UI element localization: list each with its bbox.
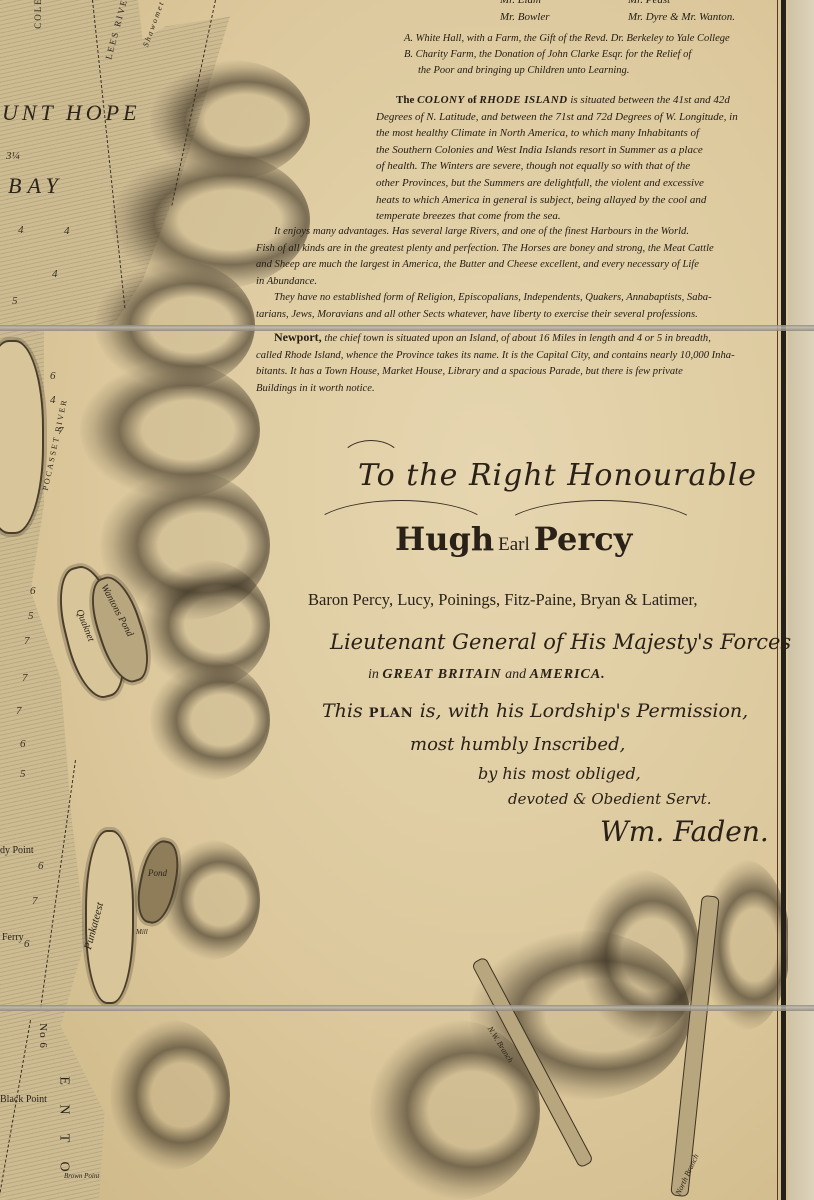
legend-names-row1: Mr. Elam Mr. Peast (500, 0, 780, 9)
advantages-line: and Sheep are much the largest in Americ… (256, 257, 786, 274)
newport-line: bitants. It has a Town House, Market Hou… (256, 364, 786, 381)
america: AMERICA. (530, 667, 606, 682)
name-earl: Earl (498, 534, 530, 555)
dedication-devoted: devoted & Obedient Servt. (508, 790, 711, 808)
sheet-edge (788, 0, 814, 1200)
colony-p1-rest: is situated between the 41st and 42d (570, 94, 729, 106)
word-and: and (505, 667, 526, 682)
sounding: 6 (20, 738, 26, 750)
advantages-line: in Abundance. (256, 274, 786, 291)
colony-line: the Southern Colonies and West India Isl… (376, 142, 776, 159)
dedication-plan: This PLAN is, with his Lordship's Permis… (322, 700, 748, 722)
label-mount-hope: UNT HOPE (2, 100, 141, 126)
dedication-titles: Baron Percy, Lucy, Poinings, Fitz-Paine,… (308, 590, 697, 610)
sounding: 4 (50, 394, 56, 406)
fold-line-upper (0, 325, 814, 331)
label-cole: COLE (33, 0, 43, 29)
outer-border-line (781, 0, 786, 1200)
colony-heading-line: The COLONY of RHODE ISLAND is situated b… (376, 92, 776, 109)
religion-line: tarians, Jews, Moravians and all other S… (256, 307, 786, 324)
newport-line: called Rhode Island, whence the Province… (256, 348, 786, 365)
label-mill: Mill (136, 928, 148, 936)
colony-description: The COLONY of RHODE ISLAND is situated b… (376, 92, 776, 225)
legend-note-b: B. Charity Farm, the Donation of John Cl… (404, 47, 784, 64)
advantages-paragraph: It enjoys many advantages. Has several l… (256, 224, 786, 324)
antique-map-sheet: COLE LEES RIVER Shawomet Neck UNT HOPE B… (0, 0, 814, 1200)
colony-of: of (467, 94, 476, 106)
sounding: 6 (30, 585, 36, 597)
sounding: 6 (38, 860, 44, 872)
newport-first-line: Newport, the chief town is situated upon… (256, 329, 786, 348)
label-pocasset-river: POCASSET RIVER (41, 398, 69, 492)
colony-line: other Provinces, but the Summers are del… (376, 175, 776, 192)
colony-intro: The (396, 94, 414, 106)
advantages-line: It enjoys many advantages. Has several l… (256, 224, 786, 241)
great-britain: GREAT BRITAIN (382, 667, 501, 682)
religion-line: They have no established form of Religio… (256, 290, 786, 307)
label-bay: BAY (8, 173, 64, 199)
hill-shading (150, 660, 270, 780)
newport-line: the chief town is situated upon an Islan… (324, 333, 711, 344)
sounding: 4 (64, 225, 70, 237)
name-elam: Mr. Elam (500, 0, 541, 6)
sounding: 4 (18, 224, 24, 236)
dedication-name: Hugh Earl Percy (395, 520, 632, 558)
sounding: 3¼ (6, 150, 20, 162)
dedication-obliged: by his most obliged, (478, 764, 641, 783)
label-point: dy Point (0, 845, 34, 856)
newport-line: Buildings in it worth notice. (256, 381, 786, 398)
name-peast: Mr. Peast (628, 0, 670, 9)
sounding: 7 (58, 425, 64, 437)
name-dyre-wanton: Mr. Dyre & Mr. Wanton. (628, 9, 735, 26)
colony-line: heats to which America in general is sub… (376, 192, 776, 209)
dedication-countries: in GREAT BRITAIN and AMERICA. (368, 667, 606, 683)
sounding: 7 (32, 895, 38, 907)
sounding: 7 (16, 705, 22, 717)
colony-line: of health. The Winters are severe, thoug… (376, 158, 776, 175)
word-in: in (368, 667, 379, 682)
colony-name: RHODE ISLAND (479, 94, 567, 106)
dedication-signature: Wm. Faden. (600, 815, 769, 848)
name-percy: Percy (534, 520, 633, 558)
label-pond: Pond (148, 868, 167, 878)
newport-title: Newport, (274, 330, 322, 344)
name-hugh: Hugh (395, 520, 494, 558)
sounding: 5 (12, 295, 18, 307)
sounding: 5 (28, 610, 34, 622)
newport-paragraph: Newport, the chief town is situated upon… (256, 329, 786, 397)
sounding: 7 (24, 635, 30, 647)
advantages-line: Fish of all kinds are in the greatest pl… (256, 241, 786, 258)
sounding: 7 (22, 672, 28, 684)
hill-shading (580, 870, 700, 1040)
dedication-humbly: most humbly Inscribed, (410, 734, 625, 755)
sounding: 6 (24, 938, 30, 950)
legend-note-a: A. White Hall, with a Farm, the Gift of … (404, 31, 784, 48)
inner-border-line (777, 0, 778, 1200)
plan-rest: is, with his Lordship's Permission, (420, 700, 748, 722)
name-bowler: Mr. Bowler (500, 11, 550, 23)
sounding: 4 (52, 268, 58, 280)
label-ferry: Ferry (2, 932, 24, 943)
fold-line-lower (0, 1005, 814, 1011)
dedication-rank: Lieutenant General of His Majesty's Forc… (330, 630, 791, 654)
legend-note-b-cont: the Poor and bringing up Children unto L… (418, 63, 788, 80)
colony-line: the most healthy Climate in North Americ… (376, 125, 776, 142)
word-plan: PLAN (369, 706, 414, 721)
word-this: This (322, 700, 363, 722)
label-black-point: Black Point (0, 1094, 47, 1105)
colony-line: temperate breezes that come from the sea… (376, 208, 776, 225)
legend-names-row2: Mr. Bowler Mr. Dyre & Mr. Wanton. (500, 9, 780, 26)
hill-shading (110, 1020, 230, 1170)
sounding: 5 (20, 768, 26, 780)
label-no-6: No 6 (37, 1023, 49, 1049)
dedication-line1: To the Right Honourable (358, 458, 757, 493)
colony-line: Degrees of N. Latitude, and between the … (376, 109, 776, 126)
colony-title: COLONY (417, 94, 465, 106)
label-entrance: E N T O (56, 1076, 72, 1179)
sounding: 6 (50, 370, 56, 382)
